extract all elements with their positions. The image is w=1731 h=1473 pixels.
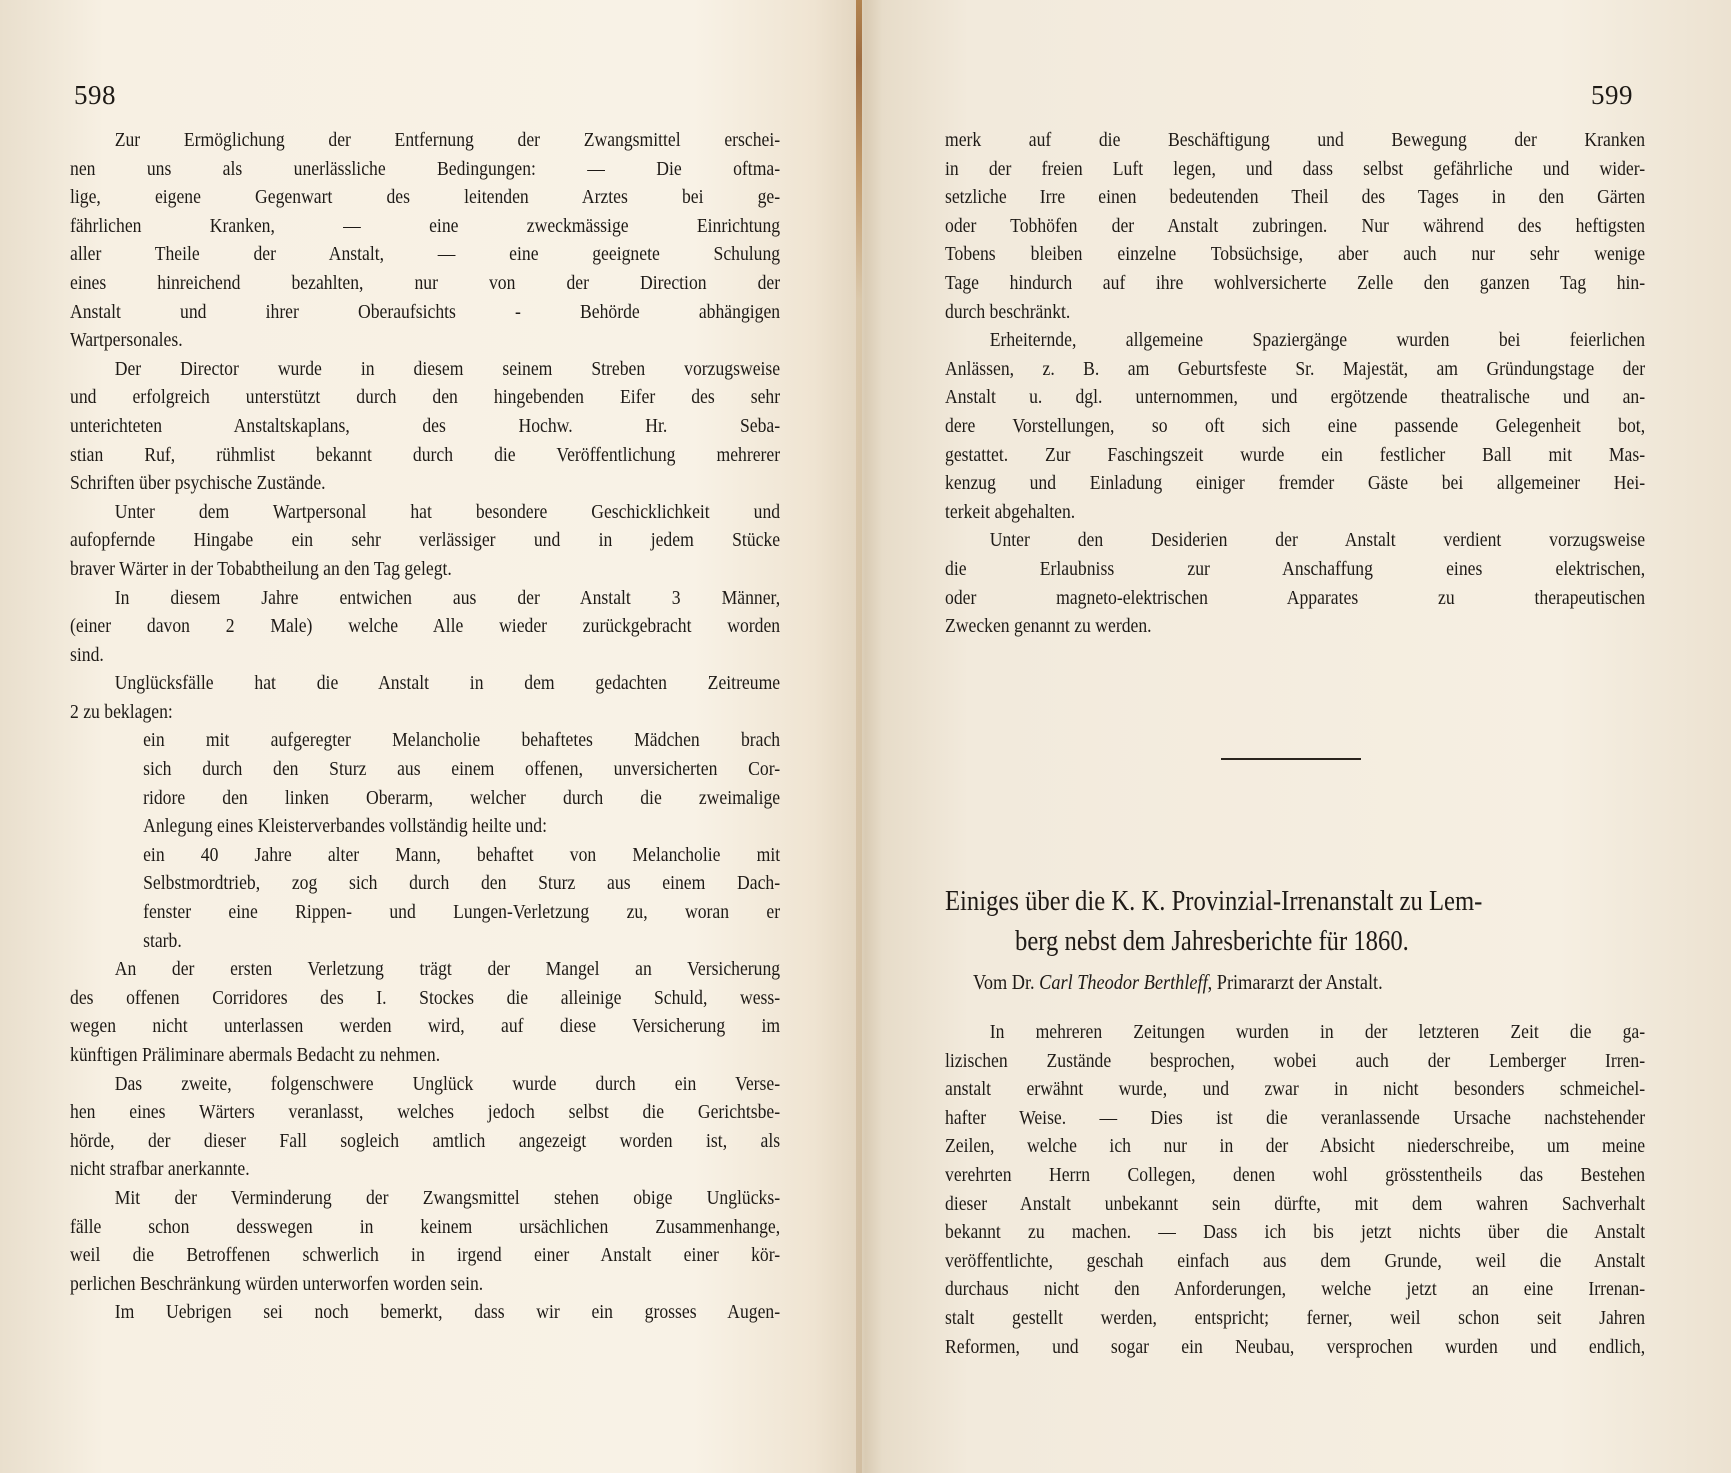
text-line: des offenen Corridores des I. Stockes di… — [70, 984, 780, 1013]
text-line: fälle schon desswegen in keinem ursächli… — [70, 1213, 780, 1242]
text-line: Wartpersonales. — [70, 326, 780, 355]
text-line: Unglücksfälle hat die Anstalt in dem ged… — [70, 669, 780, 698]
text-line: Tobens bleiben einzelne Tobsüchsige, abe… — [945, 240, 1645, 269]
text-line: sich durch den Sturz aus einem offenen, … — [70, 755, 780, 784]
author-name: Carl Theodor Berthleff — [1039, 970, 1207, 994]
text-line: unterichteten Anstaltskaplans, des Hochw… — [70, 412, 780, 441]
text-line: aufopfernde Hingabe ein sehr verlässiger… — [70, 526, 780, 555]
text-line: In diesem Jahre entwichen aus der Anstal… — [70, 584, 780, 613]
text-line: durch beschränkt. — [945, 298, 1645, 327]
text-line: künftigen Präliminare abermals Bedacht z… — [70, 1041, 780, 1070]
right-page: 599 merk auf die Beschäftigung und Beweg… — [945, 0, 1645, 1473]
text-line: ridore den linken Oberarm, welcher durch… — [70, 784, 780, 813]
text-line: bekannt zu machen. — Dass ich bis jetzt … — [945, 1218, 1645, 1247]
text-line: weil die Betroffenen schwerlich in irgen… — [70, 1241, 780, 1270]
text-line: (einer davon 2 Male) welche Alle wieder … — [70, 612, 780, 641]
text-line: dere Vorstellungen, so oft sich eine pas… — [945, 412, 1645, 441]
text-line: lizischen Zustände besprochen, wobei auc… — [945, 1047, 1645, 1076]
text-line: eines hinreichend bezahlten, nur von der… — [70, 269, 780, 298]
text-line: und erfolgreich unterstützt durch den hi… — [70, 383, 780, 412]
text-line: Unter dem Wartpersonal hat besondere Ges… — [70, 498, 780, 527]
text-line: setzliche Irre einen bedeutenden Theil d… — [945, 183, 1645, 212]
section-divider — [1221, 758, 1361, 760]
text-line: Anstalt und ihrer Oberaufsichts - Behörd… — [70, 298, 780, 327]
text-line: Zeilen, welche ich nur in der Absicht ni… — [945, 1132, 1645, 1161]
text-line: stian Ruf, rühmlist bekannt durch die Ve… — [70, 441, 780, 470]
text-line: kenzug und Einladung einiger fremder Gäs… — [945, 469, 1645, 498]
text-line: Tage hindurch auf ihre wohlversicherte Z… — [945, 269, 1645, 298]
text-line: fährlichen Kranken, — eine zweckmässige … — [70, 212, 780, 241]
text-line: Der Director wurde in diesem seinem Stre… — [70, 355, 780, 384]
text-line: An der ersten Verletzung trägt der Mange… — [70, 955, 780, 984]
text-line: in der freien Luft legen, und dass selbs… — [945, 155, 1645, 184]
text-line: ein mit aufgeregter Melancholie behaftet… — [70, 726, 780, 755]
text-line: ein 40 Jahre alter Mann, behaftet von Me… — [70, 841, 780, 870]
text-line: Erheiternde, allgemeine Spaziergänge wur… — [945, 326, 1645, 355]
text-line: Selbstmordtrieb, zog sich durch den Stur… — [70, 869, 780, 898]
article-title-line-1: Einiges über die K. K. Provinzial-Irrena… — [945, 885, 1647, 918]
text-line: die Erlaubniss zur Anschaffung eines ele… — [945, 555, 1645, 584]
text-line: Mit der Verminderung der Zwangsmittel st… — [70, 1184, 780, 1213]
text-line: Das zweite, folgenschwere Unglück wurde … — [70, 1070, 780, 1099]
text-line: oder Tobhöfen der Anstalt zubringen. Nur… — [945, 212, 1645, 241]
text-line: perlichen Beschränkung würden unterworfe… — [70, 1270, 780, 1299]
text-line: Schriften über psychische Zustände. — [70, 469, 780, 498]
text-line: lige, eigene Gegenwart des leitenden Arz… — [70, 183, 780, 212]
book-gutter — [856, 0, 862, 1473]
page-body-continued: merk auf die Beschäftigung und Bewegung … — [945, 126, 1645, 641]
text-line: Unter den Desiderien der Anstalt verdien… — [945, 526, 1645, 555]
text-line: hafter Weise. — Dies ist die veranlassen… — [945, 1104, 1645, 1133]
left-page: 598 Zur Ermöglichung der Entfernung der … — [70, 0, 780, 1473]
text-line: fenster eine Rippen- und Lungen-Verletzu… — [70, 898, 780, 927]
text-line: gestattet. Zur Faschingszeit wurde ein f… — [945, 441, 1645, 470]
text-line: terkeit abgehalten. — [945, 498, 1645, 527]
text-line: oder magneto-elektrischen Apparates zu t… — [945, 584, 1645, 613]
text-line: stalt gestellt werden, entspricht; ferne… — [945, 1304, 1645, 1333]
byline-suffix: , Primararzt der Anstalt. — [1208, 970, 1383, 994]
article-byline: Vom Dr. Carl Theodor Berthleff, Primarar… — [973, 970, 1383, 995]
text-line: nicht strafbar anerkannte. — [70, 1155, 780, 1184]
text-line: Anlässen, z. B. am Geburtsfeste Sr. Maje… — [945, 355, 1645, 384]
text-line: hörde, der dieser Fall sogleich amtlich … — [70, 1127, 780, 1156]
page-number: 598 — [74, 80, 116, 111]
article-title-line-2: berg nebst dem Jahresberichte für 1860. — [1015, 925, 1717, 958]
text-line: starb. — [70, 927, 780, 956]
text-line: verehrten Herrn Collegen, denen wohl grö… — [945, 1161, 1645, 1190]
text-line: 2 zu beklagen: — [70, 698, 780, 727]
text-line: wegen nicht unterlassen werden wird, auf… — [70, 1012, 780, 1041]
text-line: anstalt erwähnt wurde, und zwar in nicht… — [945, 1075, 1645, 1104]
text-line: merk auf die Beschäftigung und Bewegung … — [945, 126, 1645, 155]
text-line: Im Uebrigen sei noch bemerkt, dass wir e… — [70, 1298, 780, 1327]
text-line: nen uns als unerlässliche Bedingungen: —… — [70, 155, 780, 184]
article-body: In mehreren Zeitungen wurden in der letz… — [945, 1018, 1645, 1361]
text-line: Reformen, und sogar ein Neubau, versproc… — [945, 1333, 1645, 1362]
text-line: durchaus nicht den Anforderungen, welche… — [945, 1275, 1645, 1304]
text-line: dieser Anstalt unbekannt sein dürfte, mi… — [945, 1190, 1645, 1219]
text-line: hen eines Wärters veranlasst, welches je… — [70, 1098, 780, 1127]
text-line: Anstalt u. dgl. unternommen, und ergötze… — [945, 383, 1645, 412]
byline-prefix: Vom Dr. — [973, 970, 1035, 994]
text-line: sind. — [70, 641, 780, 670]
page-body: Zur Ermöglichung der Entfernung der Zwan… — [70, 126, 780, 1327]
text-line: braver Wärter in der Tobabtheilung an de… — [70, 555, 780, 584]
text-line: In mehreren Zeitungen wurden in der letz… — [945, 1018, 1645, 1047]
page-number: 599 — [1591, 80, 1633, 111]
text-line: Zur Ermöglichung der Entfernung der Zwan… — [70, 126, 780, 155]
text-line: veröffentlichte, geschah einfach aus dem… — [945, 1247, 1645, 1276]
text-line: aller Theile der Anstalt, — eine geeigne… — [70, 240, 780, 269]
book-spread: 598 Zur Ermöglichung der Entfernung der … — [0, 0, 1731, 1473]
text-line: Anlegung eines Kleisterverbandes vollstä… — [70, 812, 780, 841]
text-line: Zwecken genannt zu werden. — [945, 612, 1645, 641]
